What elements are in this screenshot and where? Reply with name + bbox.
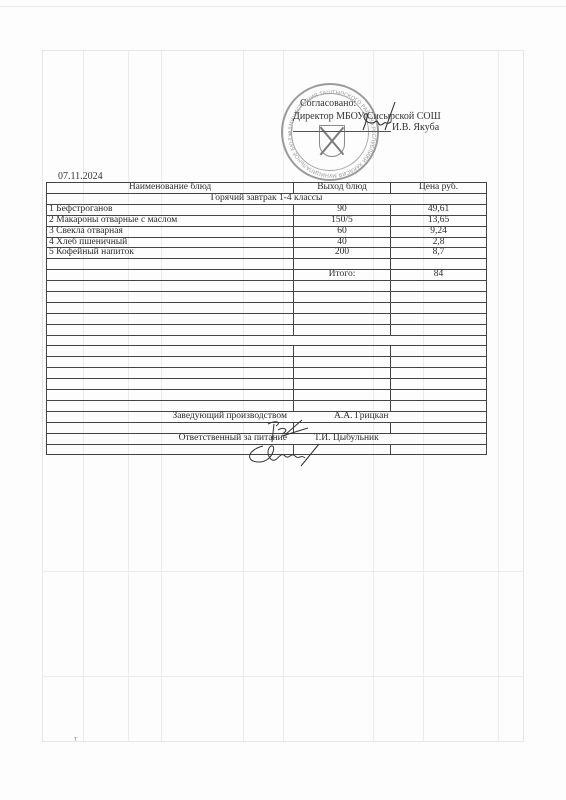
menu-table: Наименование блюд Выход блюд Цена руб. Г… <box>46 182 487 455</box>
table-row: 4 Хлеб пшеничный 40 2,8 <box>47 237 487 248</box>
approval-title: Согласовано: <box>300 98 356 110</box>
dish-output: 90 <box>294 204 391 215</box>
empty-row <box>47 281 487 292</box>
dish-price: 49,61 <box>391 204 487 215</box>
empty-row <box>47 259 487 270</box>
dish-name: 3 Свекла отварная <box>47 226 294 237</box>
table-row: 1 Бефстроганов 90 49,61 <box>47 204 487 215</box>
dish-price: 9,24 <box>391 226 487 237</box>
signature-name: А.А. Грицкан <box>294 411 487 422</box>
signature-role: Заведующий производством <box>47 411 294 422</box>
empty-row <box>47 302 487 313</box>
scan-mark: ᵀ <box>74 735 77 745</box>
empty-row <box>47 292 487 303</box>
dish-price: 8,7 <box>391 248 487 259</box>
dish-name: 1 Бефстроганов <box>47 204 294 215</box>
dish-output: 40 <box>294 237 391 248</box>
header-dish-name: Наименование блюд <box>47 183 294 194</box>
nutrition-responsible-signature <box>243 440 323 470</box>
empty-merged-row <box>47 335 487 346</box>
empty-row <box>47 379 487 390</box>
dish-name: 4 Хлеб пшеничный <box>47 237 294 248</box>
empty-row <box>47 346 487 357</box>
dish-output: 150/5 <box>294 215 391 226</box>
header-output: Выход блюд <box>294 183 391 194</box>
dish-output: 60 <box>294 226 391 237</box>
empty-row <box>47 324 487 335</box>
total-row: Итого: 84 <box>47 270 487 281</box>
total-label: Итого: <box>294 270 391 281</box>
table-row: 2 Макароны отварные с маслом 150/5 13,65 <box>47 215 487 226</box>
coat-of-arms-icon <box>319 125 345 157</box>
dish-name: 5 Кофейный напиток <box>47 248 294 259</box>
dish-output: 200 <box>294 248 391 259</box>
scan-edge-line <box>0 6 566 7</box>
table-row: 5 Кофейный напиток 200 8,7 <box>47 248 487 259</box>
dish-price: 13,65 <box>391 215 487 226</box>
section-row: Горячий завтрак 1-4 классы <box>47 193 487 204</box>
menu-date: 07.11.2024 <box>58 171 103 182</box>
table-header-row: Наименование блюд Выход блюд Цена руб. <box>47 183 487 194</box>
dish-name: 2 Макароны отварные с маслом <box>47 215 294 226</box>
empty-row <box>47 400 487 411</box>
empty-row <box>47 390 487 401</box>
empty-row <box>47 357 487 368</box>
table-row: 3 Свекла отварная 60 9,24 <box>47 226 487 237</box>
empty-row <box>47 368 487 379</box>
dish-price: 2,8 <box>391 237 487 248</box>
total-value: 84 <box>391 270 487 281</box>
director-signature <box>355 100 401 138</box>
header-price: Цена руб. <box>391 183 487 194</box>
section-title: Горячий завтрак 1-4 классы <box>47 193 487 204</box>
empty-row <box>47 313 487 324</box>
